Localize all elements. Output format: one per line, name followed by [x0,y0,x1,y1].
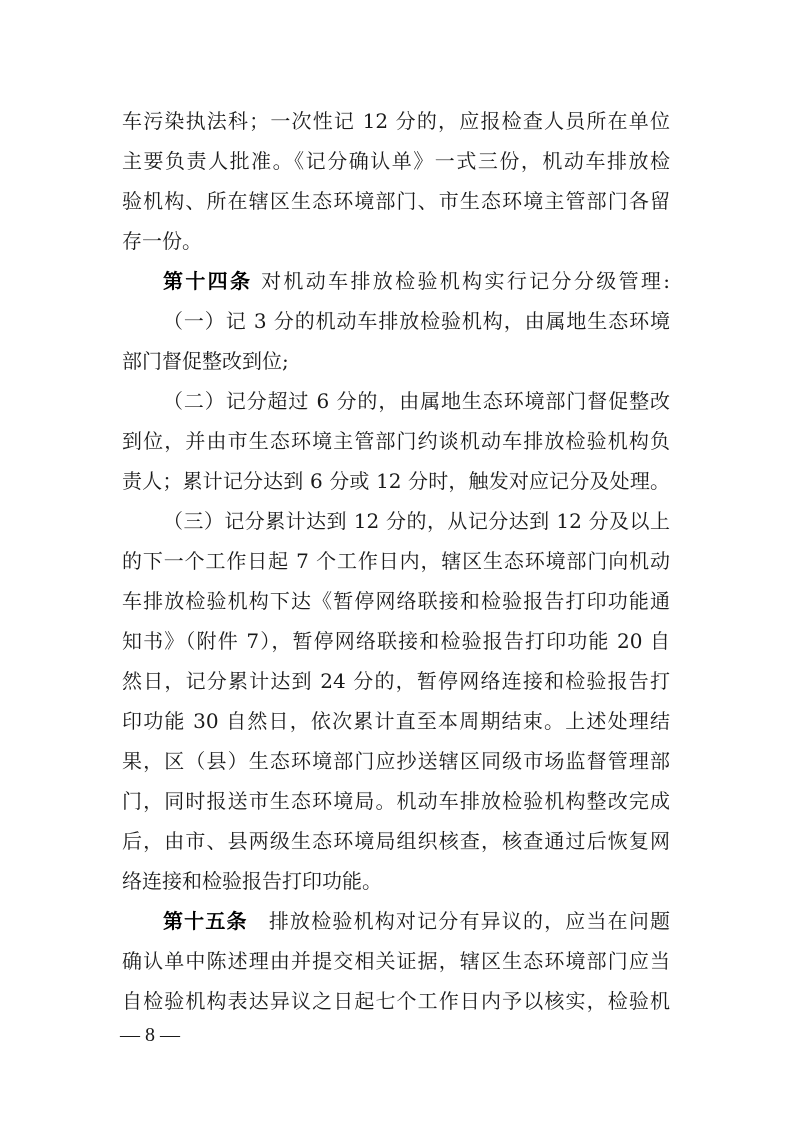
text-line: 部门督促整改到位; [122,341,670,381]
text-line: 印功能 30 自然日，依次累计直至本周期结束。上述处理结 [122,701,670,741]
text-line: 知书》（附件 7），暂停网络联接和检验报告打印功能 20 自 [122,621,670,661]
text-line: 主要负责人批准。《记分确认单》一式三份，机动车排放检 [122,141,670,181]
text-line: 车排放检验机构下达《暂停网络联接和检验报告打印功能通 [122,581,670,621]
text-line: 果，区（县）生态环境部门应抄送辖区同级市场监督管理部 [122,741,670,781]
clause-1-line: （一）记 3 分的机动车排放检验机构，由属地生态环境 [122,301,670,341]
text-line: 后，由市、县两级生态环境局组织核查，核查通过后恢复网 [122,821,670,861]
article-15-line: 第十五条 排放检验机构对记分有异议的，应当在问题 [122,901,670,941]
text-line: 验机构、所在辖区生态环境部门、市生态环境主管部门各留 [122,181,670,221]
text-line: 门，同时报送市生态环境局。机动车排放检验机构整改完成 [122,781,670,821]
text-line: 自检验机构表达异议之日起七个工作日内予以核实，检验机 [122,981,670,1021]
page-number: — 8 — [120,1024,180,1047]
text-line: 然日，记分累计达到 24 分的，暂停网络连接和检验报告打 [122,661,670,701]
document-body: 车污染执法科；一次性记 12 分的，应报检查人员所在单位 主要负责人批准。《记分… [122,101,670,1021]
article-15-intro: 排放检验机构对记分有异议的，应当在问题 [248,909,670,933]
text-line: 络连接和检验报告打印功能。 [122,861,670,901]
text-line: 责人；累计记分达到 6 分或 12 分时，触发对应记分及处理。 [122,461,670,501]
article-14-intro: 对机动车排放检验机构实行记分分级管理: [252,269,670,293]
text-line: 的下一个工作日起 7 个工作日内，辖区生态环境部门向机动 [122,541,670,581]
document-page: 车污染执法科；一次性记 12 分的，应报检查人员所在单位 主要负责人批准。《记分… [0,0,793,1122]
text-line: 确认单中陈述理由并提交相关证据，辖区生态环境部门应当 [122,941,670,981]
clause-2-line: （二）记分超过 6 分的，由属地生态环境部门督促整改 [122,381,670,421]
article-15-heading: 第十五条 [163,909,248,933]
article-14-line: 第十四条 对机动车排放检验机构实行记分分级管理: [122,261,670,301]
text-line: 车污染执法科；一次性记 12 分的，应报检查人员所在单位 [122,101,670,141]
text-line: 存一份。 [122,221,670,261]
clause-3-line: （三）记分累计达到 12 分的，从记分达到 12 分及以上 [122,501,670,541]
article-14-heading: 第十四条 [163,269,252,293]
text-line: 到位，并由市生态环境主管部门约谈机动车排放检验机构负 [122,421,670,461]
